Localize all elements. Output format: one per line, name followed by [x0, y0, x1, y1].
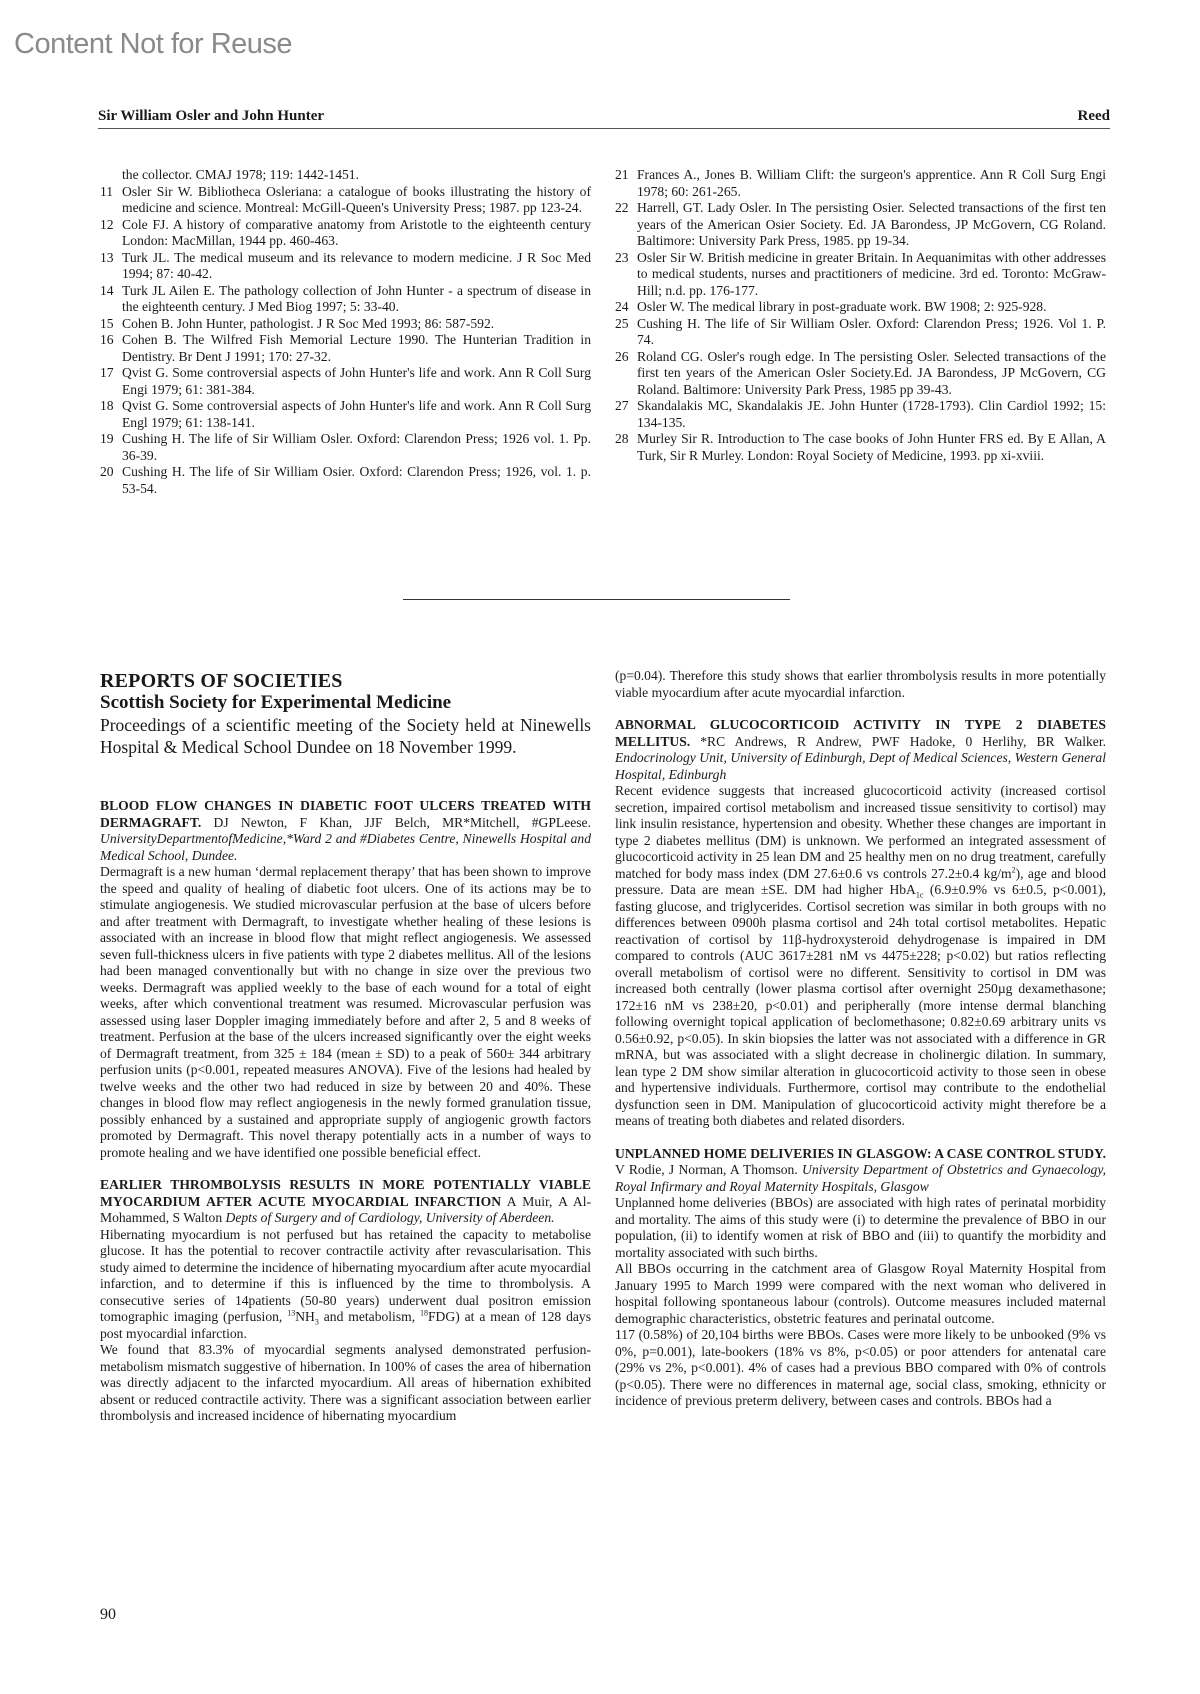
abstract-home-deliveries: UNPLANNED HOME DELIVERIES IN GLASGOW: A … [615, 1146, 1106, 1410]
reference-item: 25Cushing H. The life of Sir William Osl… [615, 316, 1106, 349]
abstract-body: Dermagraft is a new human ‘dermal replac… [100, 864, 591, 1161]
abstract-affiliation: Endocrinology Unit, University of Edinbu… [615, 750, 1106, 782]
reference-item: 21Frances A., Jones B. William Clift: th… [615, 167, 1106, 200]
abstract-body: Unplanned home deliveries (BBOs) are ass… [615, 1195, 1106, 1261]
section-title: REPORTS OF SOCIETIES [100, 670, 591, 692]
abstract-title: UNPLANNED HOME DELIVERIES IN GLASGOW: A … [615, 1146, 1106, 1161]
reference-item: 22Harrell, GT. Lady Osler. In The persis… [615, 200, 1106, 250]
abstract-affiliation: UniversityDepartmentofMedicine,*Ward 2 a… [100, 831, 591, 863]
abstract-body: Recent evidence suggests that increased … [615, 783, 1106, 1130]
section-description: Proceedings of a scientific meeting of t… [100, 714, 591, 758]
reference-item: the collector. CMAJ 1978; 119: 1442-1451… [100, 167, 591, 184]
abstract-authors: DJ Newton, F Khan, JJF Belch, MR*Mitchel… [201, 815, 591, 830]
abstract-blood-flow: BLOOD FLOW CHANGES IN DIABETIC FOOT ULCE… [100, 798, 591, 1161]
section-separator [403, 599, 790, 600]
reference-item: 23Osler Sir W. British medicine in great… [615, 250, 1106, 300]
references-right: 21Frances A., Jones B. William Clift: th… [615, 167, 1106, 464]
abstract-body: All BBOs occurring in the catchment area… [615, 1261, 1106, 1327]
reference-item: 17Qvist G. Some controversial aspects of… [100, 365, 591, 398]
reference-item: 28Murley Sir R. Introduction to The case… [615, 431, 1106, 464]
section-subtitle: Scottish Society for Experimental Medici… [100, 692, 591, 714]
reference-item: 15Cohen B. John Hunter, pathologist. J R… [100, 316, 591, 333]
abstract-continuation: (p=0.04). Therefore this study shows tha… [615, 668, 1106, 701]
running-head-author: Reed [1078, 108, 1111, 125]
reference-item: 19Cushing H. The life of Sir William Osl… [100, 431, 591, 464]
reference-item: 20Cushing H. The life of Sir William Osi… [100, 464, 591, 497]
running-head-title: Sir William Osler and John Hunter [98, 108, 324, 125]
references-left: the collector. CMAJ 1978; 119: 1442-1451… [100, 167, 591, 497]
reference-item: 18Qvist G. Some controversial aspects of… [100, 398, 591, 431]
reference-item: 14Turk JL Ailen E. The pathology collect… [100, 283, 591, 316]
abstract-authors: V Rodie, J Norman, A Thomson. [615, 1162, 802, 1177]
left-column: REPORTS OF SOCIETIES Scottish Society fo… [100, 670, 591, 1441]
reference-item: 13Turk JL. The medical museum and its re… [100, 250, 591, 283]
abstract-authors: *RC Andrews, R Andrew, PWF Hadoke, 0 Her… [690, 734, 1106, 749]
reference-item: 11Osler Sir W. Bibliotheca Osleriana: a … [100, 184, 591, 217]
abstract-affiliation: Depts of Surgery and of Cardiology, Univ… [226, 1210, 555, 1225]
abstract-body: We found that 83.3% of myocardial segmen… [100, 1342, 591, 1425]
abstract-body: Hibernating myocardium is not perfused b… [100, 1227, 591, 1343]
right-column: (p=0.04). Therefore this study shows tha… [615, 668, 1106, 1426]
abstract-body: 117 (0.58%) of 20,104 births were BBOs. … [615, 1327, 1106, 1410]
running-head: Sir William Osler and John Hunter Reed [98, 108, 1110, 128]
reference-item: 27Skandalakis MC, Skandalakis JE. John H… [615, 398, 1106, 431]
watermark: Content Not for Reuse [14, 28, 292, 61]
reference-item: 24Osler W. The medical library in post-g… [615, 299, 1106, 316]
reference-item: 16Cohen B. The Wilfred Fish Memorial Lec… [100, 332, 591, 365]
abstract-glucocorticoid: ABNORMAL GLUCOCORTICOID ACTIVITY IN TYPE… [615, 717, 1106, 1130]
reference-item: 12Cole FJ. A history of comparative anat… [100, 217, 591, 250]
abstract-thrombolysis: EARLIER THROMBOLYSIS RESULTS IN MORE POT… [100, 1177, 591, 1425]
reference-item: 26Roland CG. Osler's rough edge. In The … [615, 349, 1106, 399]
page-number: 90 [100, 1606, 116, 1624]
header-rule [98, 128, 1110, 129]
